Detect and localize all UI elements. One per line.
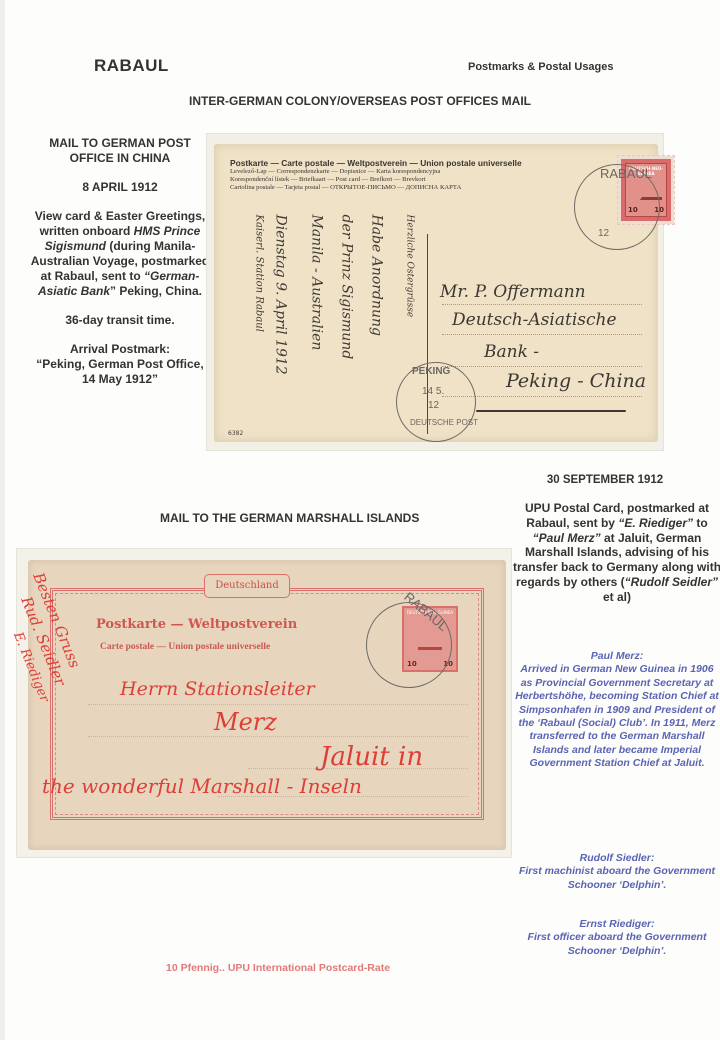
card1-header: Postkarte — Carte postale — Weltpostvere… [230,158,522,192]
item1-heading: MAIL TO GERMAN POST OFFICE IN CHINA [30,136,210,166]
deutschland-label: Deutschland [204,574,290,598]
bio-rudolf-siedler: Rudolf Siedler:First machinist aboard th… [514,852,720,892]
bio-ernst-riediger: Ernst Riediger:First officer aboard the … [514,918,720,958]
section-title-2: MAIL TO THE GERMAN MARSHALL ISLANDS [160,511,419,525]
postcard-marshall-islands: Deutschland Postkarte — Weltpostverein C… [28,560,506,850]
card2-title-french: Carte postale — Union postale universell… [100,642,270,652]
section-title-1: INTER-GERMAN COLONY/OVERSEAS POST OFFICE… [0,94,720,108]
card2-address-line: the wonderful Marshall - Inseln [42,774,362,798]
rate-caption: 10 Pfennig.. UPU International Postcard-… [166,962,390,974]
item1-arrival: Arrival Postmark:“Peking, German Post Of… [30,342,210,387]
page-title: RABAUL [94,56,169,76]
page-subtitle: Postmarks & Postal Usages [468,61,614,73]
card2-address-line: Herrn Stationsleiter [120,678,315,700]
item1-desc: View card & Easter Greetings, written on… [30,209,210,299]
card1-address-line: Mr. P. Offermann [440,282,586,302]
postcard-china: Postkarte — Carte postale — Weltpostvere… [214,144,658,442]
item1-description: MAIL TO GERMAN POST OFFICE IN CHINA 8 AP… [30,136,210,401]
address-dotline [442,304,642,305]
card1-address-line: Bank - [484,342,539,362]
card1-message: Herzliche Ostergrüsse Habe Anordnung der… [224,214,422,434]
item1-date: 8 APRIL 1912 [30,180,210,195]
item2-description: UPU Postal Card, postmarked at Rabaul, s… [512,501,720,605]
page-edge [0,0,5,1040]
address-dotline [442,334,642,335]
card2-title-german: Postkarte — Weltpostverein [96,617,297,632]
address-dotline [88,704,468,705]
card-number: 6382 [228,430,243,437]
card2-address-line: Merz [214,708,277,736]
address-dotline [88,736,468,737]
card1-address-line: Deutsch-Asiatische [452,310,617,330]
underline-stroke [476,410,626,412]
card1-address-line: Peking - China [506,370,646,392]
bio-paul-merz: Paul Merz:Arrived in German New Guinea i… [514,650,720,771]
item1-transit: 36-day transit time. [30,313,210,328]
card2-address-line: Jaluit in [320,742,423,772]
item2-date: 30 SEPTEMBER 1912 [490,474,720,486]
address-dotline [442,366,642,367]
